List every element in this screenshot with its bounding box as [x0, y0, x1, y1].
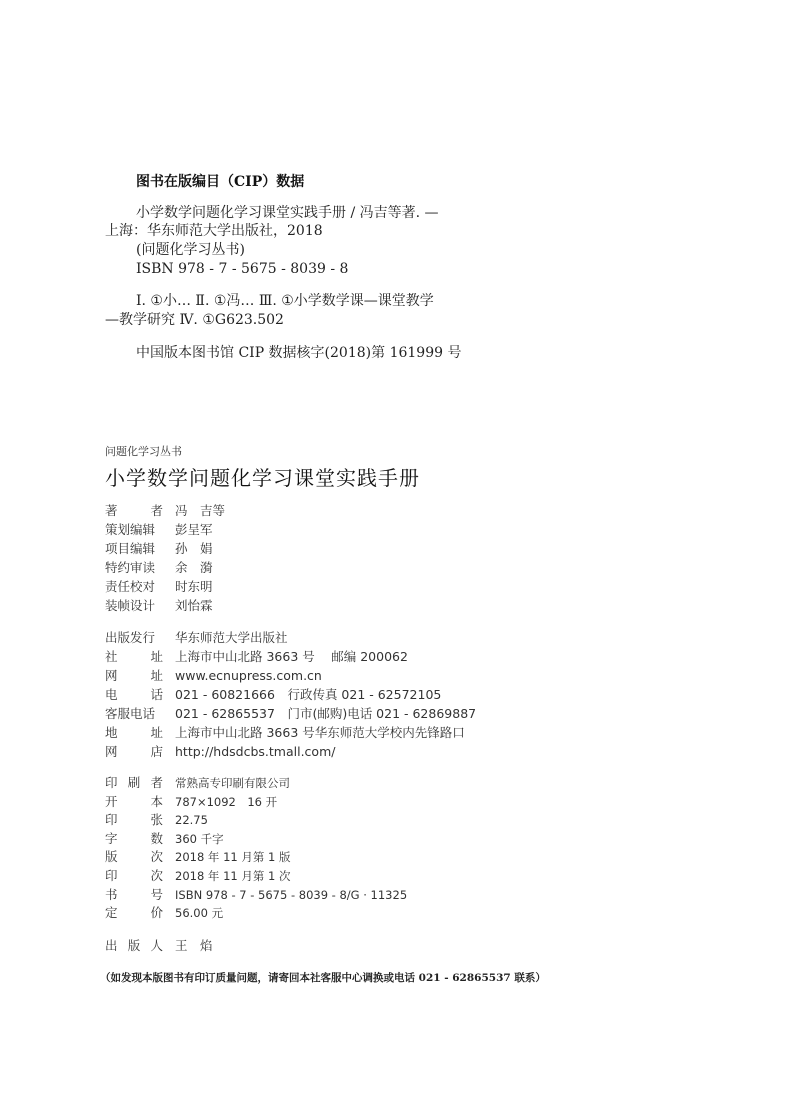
printing-row: 字数 360 千字 — [105, 830, 407, 849]
publisher-label: 地址 — [105, 723, 163, 742]
printing-row: 书号 ISBN 978 - 7 - 5675 - 8039 - 8/G · 11… — [105, 886, 407, 905]
credit-label: 责任校对 — [105, 577, 163, 596]
cip-line: (问题化学习丛书) — [136, 241, 245, 259]
printing-label: 开本 — [105, 793, 163, 812]
issuer-label: 出版人 — [105, 936, 163, 955]
cip-line: 小学数学问题化学习课堂实践手册 / 冯吉等著. — — [136, 204, 439, 222]
credit-value: 余 漪 — [175, 558, 213, 577]
credit-label: 策划编辑 — [105, 520, 163, 539]
credit-value: 刘怡霖 — [175, 596, 213, 615]
credit-row: 策划编辑 彭呈军 — [105, 520, 225, 539]
cip-line: 上海：华东师范大学出版社，2018 — [105, 222, 323, 240]
publisher-label: 网店 — [105, 742, 163, 761]
publisher-row: 网店 http://hdsdcbs.tmall.com/ — [105, 742, 476, 761]
format-value: 787×1092 16 开 — [175, 793, 277, 812]
isbn-value: ISBN 978 - 7 - 5675 - 8039 - 8/G · 11325 — [175, 886, 407, 905]
credit-value: 冯 吉等 — [175, 501, 225, 520]
printing-row: 版次 2018 年 11 月第 1 版 — [105, 848, 407, 867]
printing-row: 印张 22.75 — [105, 811, 407, 830]
word-count-value: 360 千字 — [175, 830, 224, 849]
publisher-phone: 021 - 60821666 行政传真 021 - 62572105 — [175, 685, 441, 704]
publisher-row: 电话 021 - 60821666 行政传真 021 - 62572105 — [105, 685, 476, 704]
credit-row: 著者 冯 吉等 — [105, 501, 225, 520]
printing-label: 印刷者 — [105, 774, 163, 793]
credit-row: 项目编辑 孙 娟 — [105, 539, 225, 558]
publisher-row: 出版发行 华东师范大学出版社 — [105, 628, 476, 647]
credits-block: 著者 冯 吉等 策划编辑 彭呈军 项目编辑 孙 娟 特约审读 余 漪 责任校对 … — [105, 501, 225, 615]
publisher-online-store: http://hdsdcbs.tmall.com/ — [175, 742, 335, 761]
cip-isbn: ISBN 978 - 7 - 5675 - 8039 - 8 — [136, 260, 348, 278]
publisher-label: 网址 — [105, 666, 163, 685]
printing-label: 书号 — [105, 886, 163, 905]
credit-row: 特约审读 余 漪 — [105, 558, 225, 577]
credit-label: 特约审读 — [105, 558, 163, 577]
cip-classification: Ⅰ. ①小… Ⅱ. ①冯… Ⅲ. ①小学数学课—课堂教学 — [136, 292, 434, 310]
book-title: 小学数学问题化学习课堂实践手册 — [105, 462, 420, 491]
cip-heading: 图书在版编目（CIP）数据 — [136, 171, 304, 191]
publisher-row: 社址 上海市中山北路 3663 号 邮编 200062 — [105, 647, 476, 666]
credit-label: 项目编辑 — [105, 539, 163, 558]
impression-value: 2018 年 11 月第 1 次 — [175, 867, 291, 886]
credit-row: 装帧设计 刘怡霖 — [105, 596, 225, 615]
price-value: 56.00 元 — [175, 904, 223, 923]
footer-note: （如发现本版图书有印订质量问题，请寄回本社客服中心调换或电话 021 - 628… — [100, 970, 546, 985]
credit-value: 孙 娟 — [175, 539, 213, 558]
publisher-service-phone: 021 - 62865537 门市(邮购)电话 021 - 62869887 — [175, 704, 476, 723]
credit-label: 装帧设计 — [105, 596, 163, 615]
sheets-value: 22.75 — [175, 811, 208, 830]
printing-label: 印次 — [105, 867, 163, 886]
printing-row: 开本 787×1092 16 开 — [105, 793, 407, 812]
publisher-label: 社址 — [105, 647, 163, 666]
cip-classification: —教学研究 Ⅳ. ①G623.502 — [105, 311, 284, 329]
printing-label: 字数 — [105, 830, 163, 849]
publisher-website: www.ecnupress.com.cn — [175, 666, 322, 685]
credit-value: 时东明 — [175, 577, 213, 596]
printing-row: 印刷者 常熟高专印刷有限公司 — [105, 774, 407, 793]
cip-record-number: 中国版本图书馆 CIP 数据核字(2018)第 161999 号 — [136, 344, 461, 362]
credit-row: 责任校对 时东明 — [105, 577, 225, 596]
printing-label: 版次 — [105, 848, 163, 867]
publisher-address: 上海市中山北路 3663 号 邮编 200062 — [175, 647, 408, 666]
publisher-row: 网址 www.ecnupress.com.cn — [105, 666, 476, 685]
issuer-row: 出版人 王 焰 — [105, 936, 213, 955]
printing-block: 印刷者 常熟高专印刷有限公司 开本 787×1092 16 开 印张 22.75… — [105, 774, 407, 923]
publisher-store-address: 上海市中山北路 3663 号华东师范大学校内先锋路口 — [175, 723, 465, 742]
series-name: 问题化学习丛书 — [105, 443, 182, 459]
credit-value: 彭呈军 — [175, 520, 213, 539]
credit-label: 著者 — [105, 501, 163, 520]
publisher-value: 华东师范大学出版社 — [175, 628, 288, 647]
publisher-block: 出版发行 华东师范大学出版社 社址 上海市中山北路 3663 号 邮编 2000… — [105, 628, 476, 761]
printing-row: 定价 56.00 元 — [105, 904, 407, 923]
issuer-block: 出版人 王 焰 — [105, 936, 213, 955]
edition-value: 2018 年 11 月第 1 版 — [175, 848, 291, 867]
publisher-row: 地址 上海市中山北路 3663 号华东师范大学校内先锋路口 — [105, 723, 476, 742]
printing-label: 印张 — [105, 811, 163, 830]
publisher-label: 电话 — [105, 685, 163, 704]
printer-value: 常熟高专印刷有限公司 — [175, 774, 290, 793]
publisher-row: 客服电话 021 - 62865537 门市(邮购)电话 021 - 62869… — [105, 704, 476, 723]
publisher-label: 出版发行 — [105, 628, 163, 647]
printing-label: 定价 — [105, 904, 163, 923]
printing-row: 印次 2018 年 11 月第 1 次 — [105, 867, 407, 886]
issuer-value: 王 焰 — [175, 936, 213, 955]
publisher-label: 客服电话 — [105, 704, 163, 723]
